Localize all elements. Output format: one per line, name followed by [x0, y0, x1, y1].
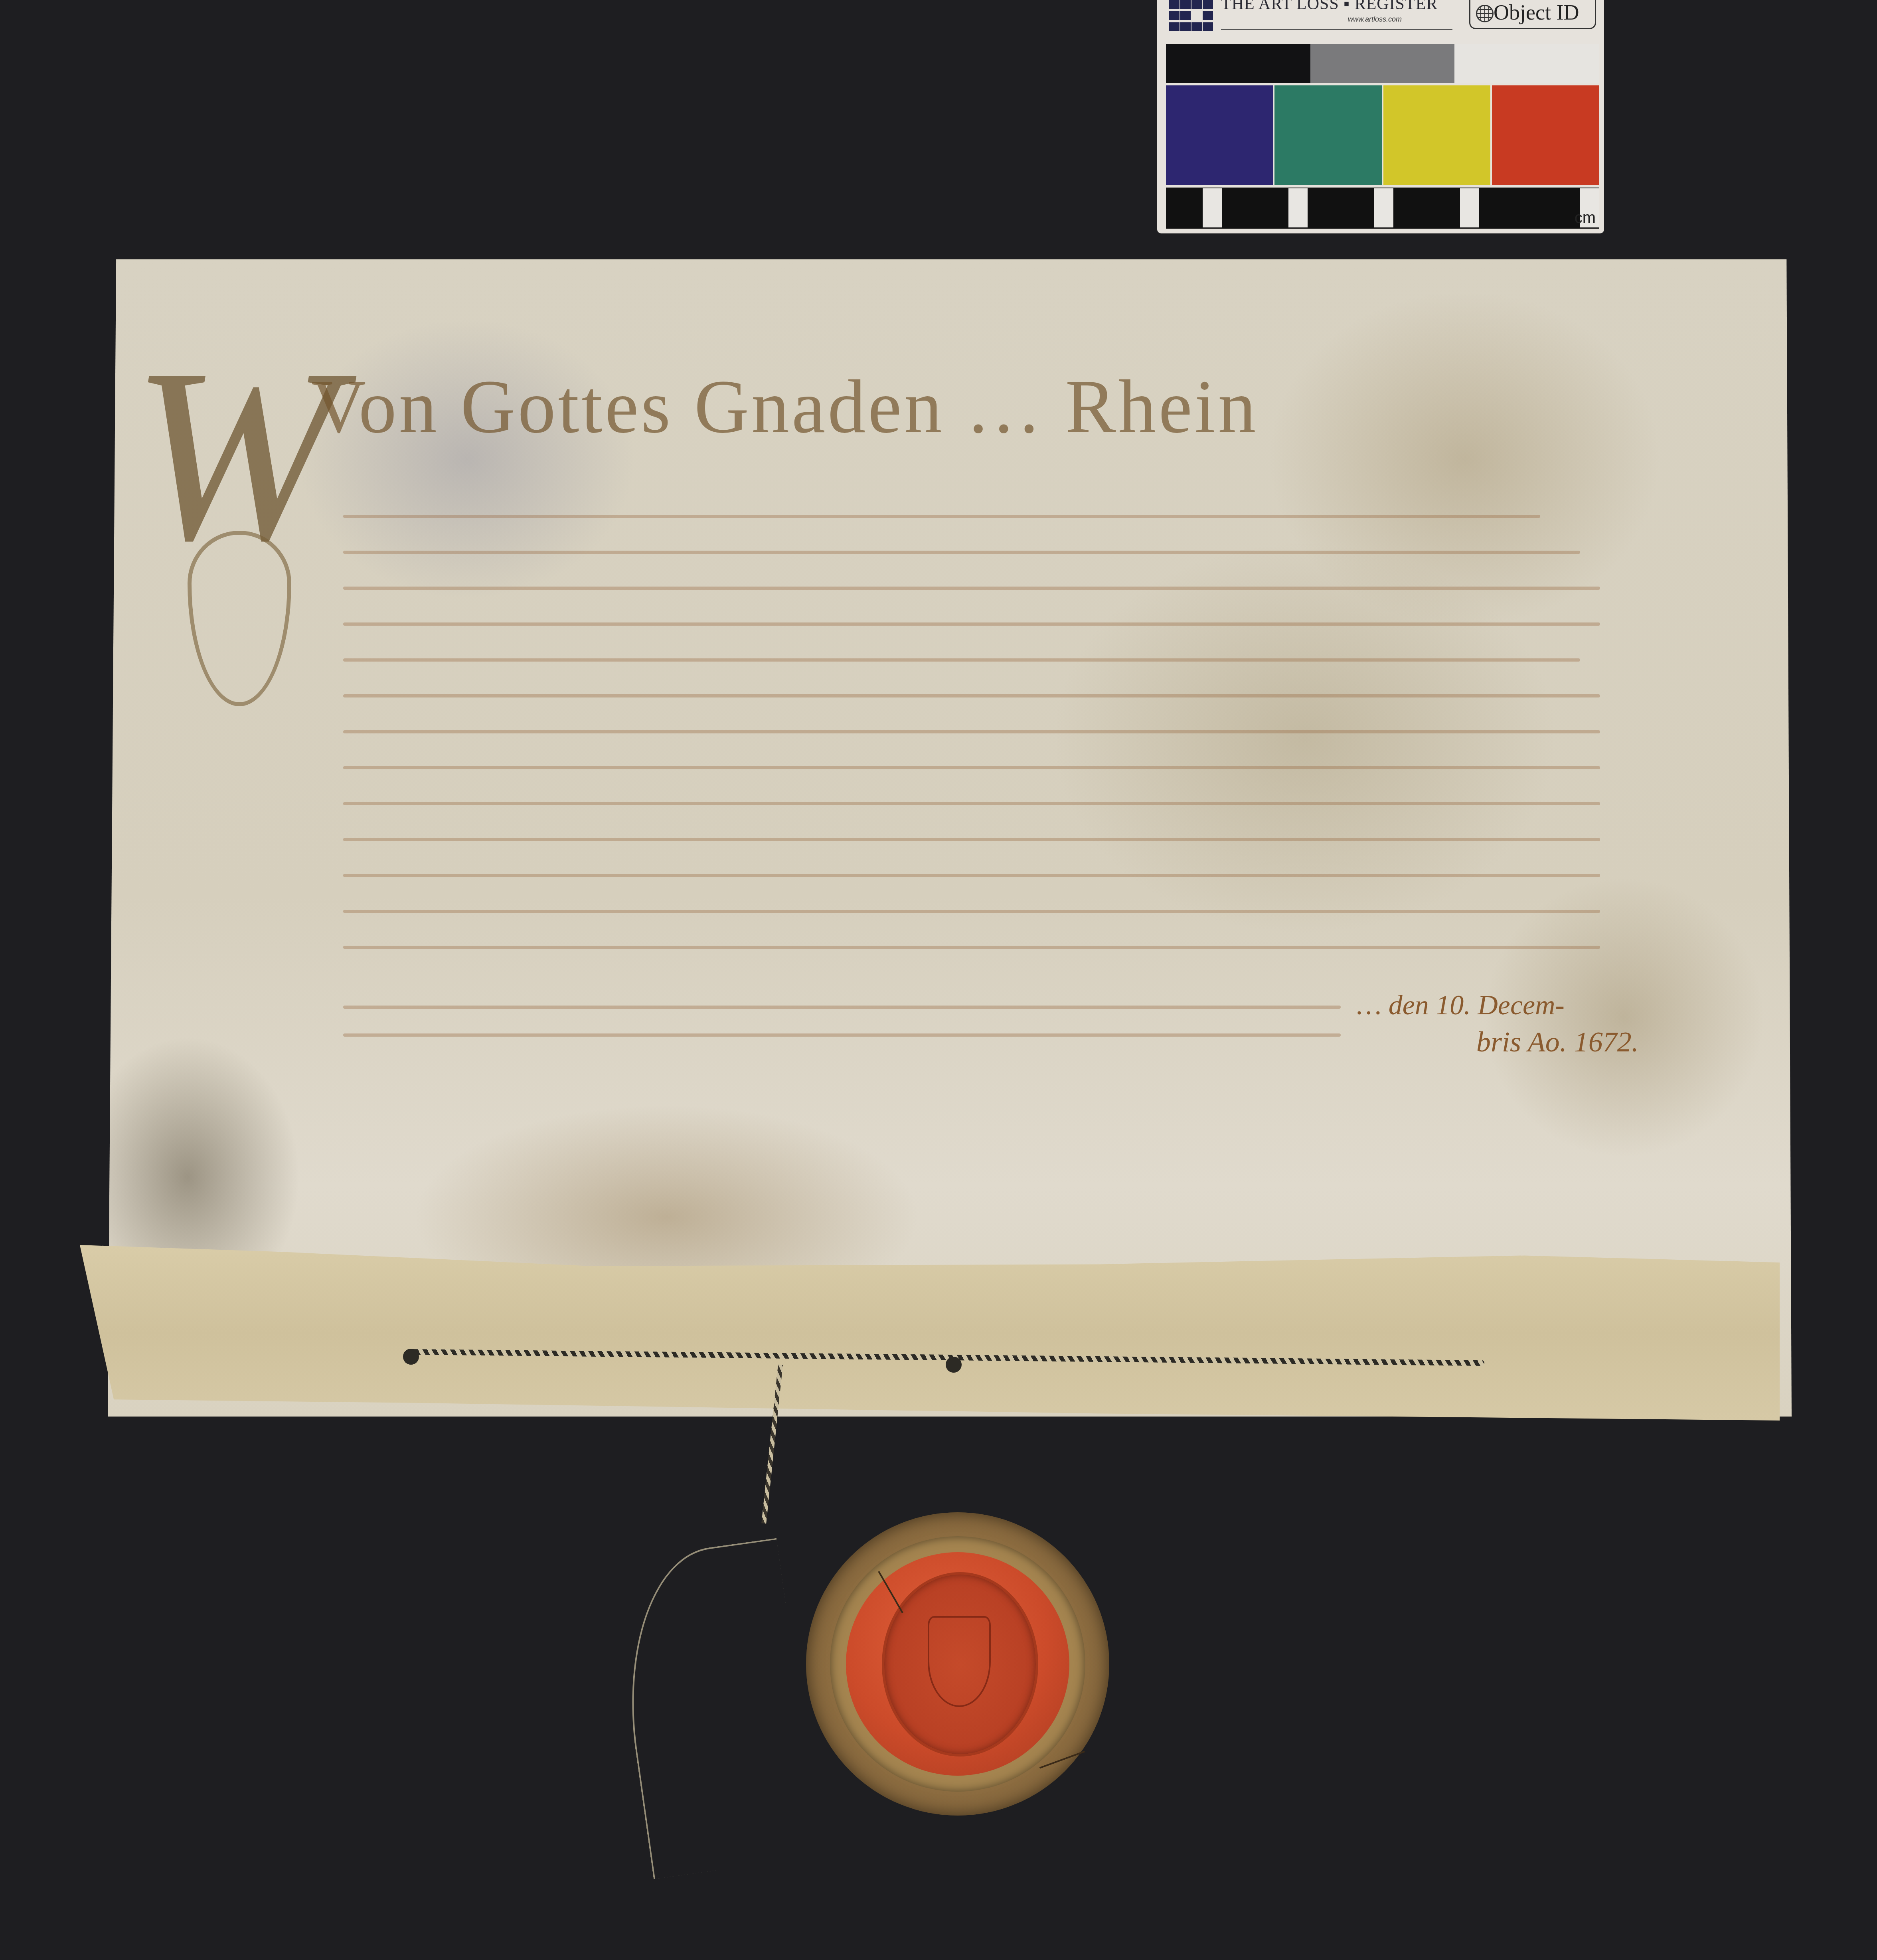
text-line — [343, 874, 1600, 877]
black-swatch — [1166, 44, 1310, 83]
text-line — [343, 587, 1600, 590]
text-line — [343, 910, 1600, 913]
text-line — [343, 1006, 1341, 1009]
object-id-label: Object ID — [1494, 0, 1579, 25]
object-id-badge: Object ID — [1469, 0, 1596, 29]
blue-swatch — [1166, 85, 1273, 185]
yellow-swatch — [1383, 85, 1490, 185]
green-swatch — [1274, 85, 1381, 185]
scale-segment — [1203, 188, 1222, 227]
text-line — [343, 766, 1600, 769]
card-divider — [1221, 29, 1452, 30]
coat-of-arms-icon — [928, 1616, 991, 1707]
text-line — [343, 658, 1580, 662]
text-line — [343, 946, 1600, 949]
text-line — [343, 802, 1600, 805]
scale-segment — [1460, 188, 1479, 227]
color-calibration-card: THE ART LOSS ▪ REGISTER www.artloss.com … — [1157, 0, 1604, 233]
art-loss-register-logo-icon — [1169, 0, 1213, 30]
scale-unit-label: cm — [1575, 209, 1596, 227]
red-swatch — [1492, 85, 1599, 185]
text-line — [343, 730, 1600, 733]
cord-knot-icon — [403, 1349, 419, 1365]
plica-fold — [80, 1245, 1780, 1421]
text-line — [343, 1033, 1341, 1037]
cm-scale-bar: cm — [1166, 188, 1599, 229]
card-title: THE ART LOSS ▪ REGISTER — [1221, 0, 1438, 14]
scale-segment — [1374, 188, 1393, 227]
color-row — [1166, 85, 1599, 185]
text-line — [343, 515, 1540, 518]
text-line — [343, 694, 1600, 697]
globe-icon — [1476, 5, 1494, 22]
date-line-2: bris Ao. 1672. — [1476, 1025, 1639, 1059]
wax-seal-capsule — [806, 1512, 1109, 1816]
scale-segment — [1288, 188, 1308, 227]
gray-swatch — [1310, 44, 1455, 83]
heading-script: Von Gottes Gnaden … Rhein — [311, 367, 1680, 447]
text-line — [343, 551, 1580, 554]
text-line — [343, 838, 1600, 841]
text-line — [343, 622, 1600, 626]
grayscale-row — [1166, 44, 1599, 83]
date-line-1: … den 10. Decem- — [1357, 990, 1565, 1021]
swatch-grid: cm — [1166, 44, 1599, 227]
white-swatch — [1454, 44, 1599, 83]
loose-threads — [609, 1538, 821, 1879]
card-url: www.artloss.com — [1348, 15, 1402, 24]
cord-knot-icon — [946, 1357, 962, 1373]
